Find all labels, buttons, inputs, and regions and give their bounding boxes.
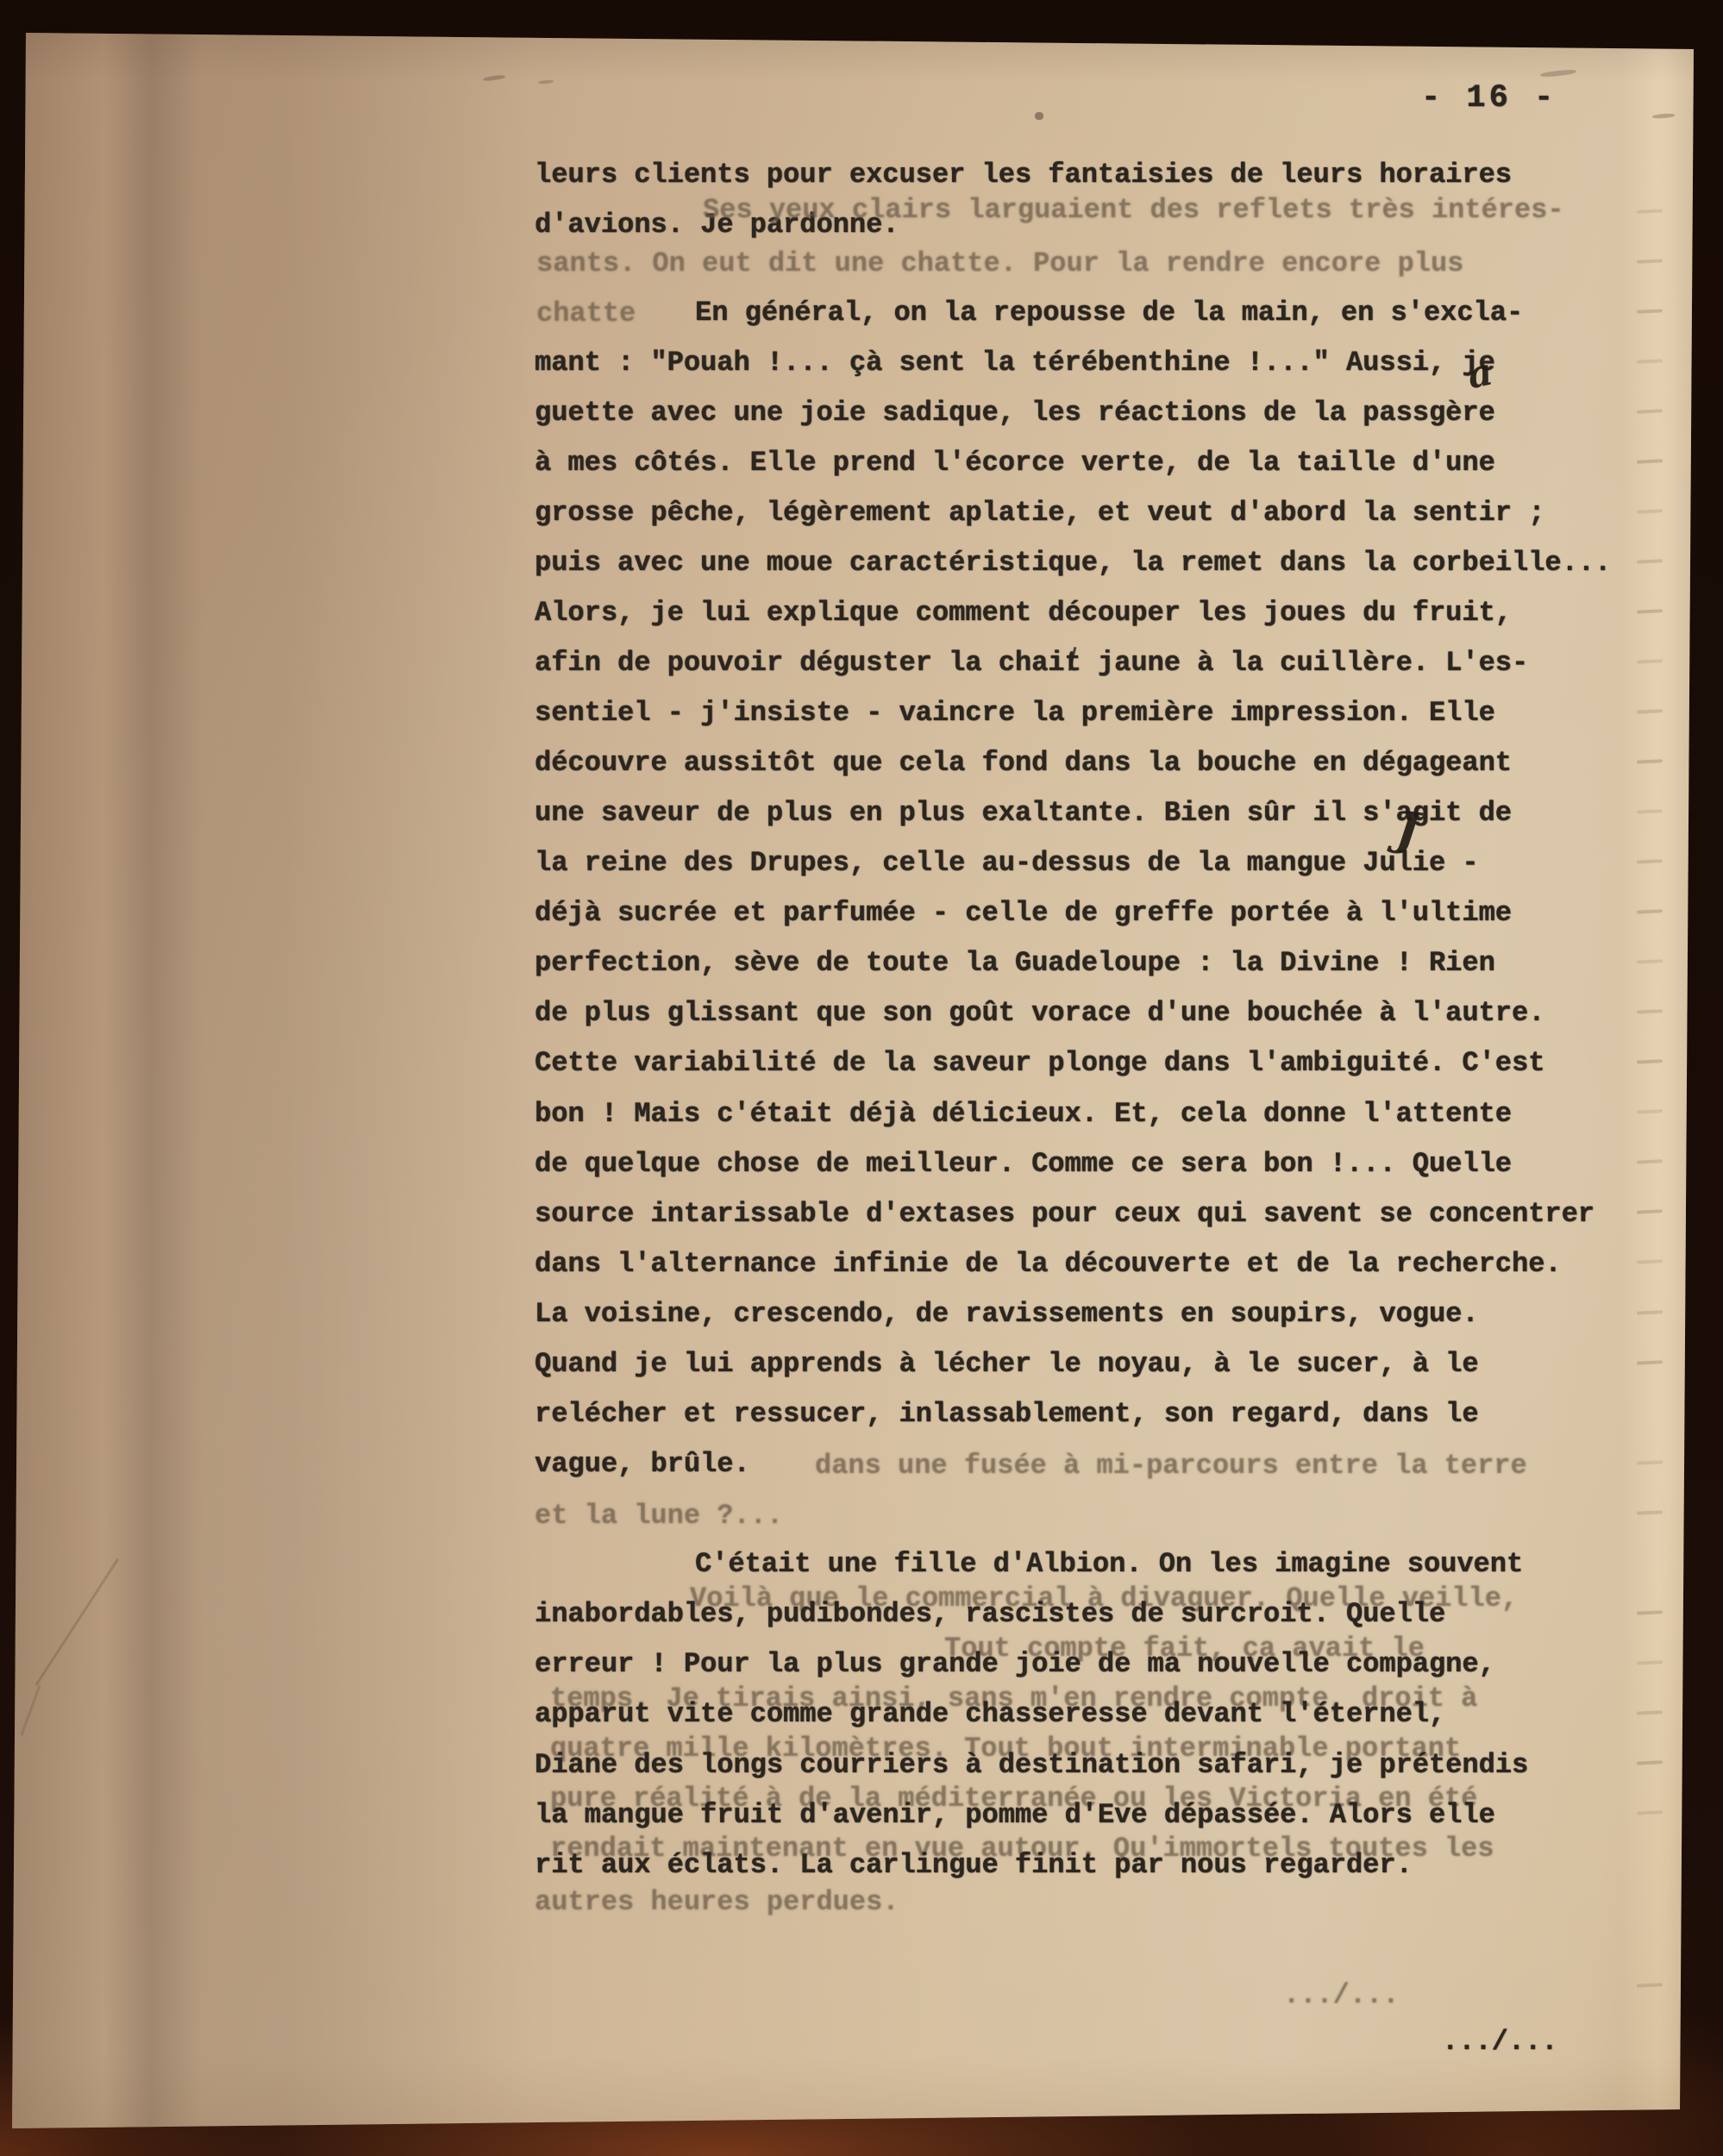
typed-line: guette avec une joie sadique, les réacti… [535, 399, 1495, 427]
text-layer: - 16 -leurs clients pour excuser les fan… [0, 0, 1723, 2156]
typed-line: de plus glissant que son goût vorace d'u… [535, 1000, 1544, 1027]
typed-line: rit aux éclats. La carlingue finit par n… [535, 1852, 1413, 1879]
ghost-line: sants. On eut dit une chatte. Pour la re… [536, 250, 1463, 278]
typed-line: Cette variabilité de la saveur plonge da… [535, 1050, 1544, 1077]
ghost-line: .../... [1283, 1982, 1399, 2009]
typed-line: sentiel - j'insiste - vaincre la premièr… [535, 699, 1495, 727]
typed-line: C'était une fille d'Albion. On les imagi… [695, 1551, 1523, 1578]
ghost-line: autres heures perdues. [535, 1889, 899, 1916]
typed-line: la reine des Drupes, celle au-dessus de … [535, 849, 1479, 877]
typed-line: vague, brûle. [535, 1451, 750, 1478]
typed-line: Quand je lui apprends à lécher le noyau,… [535, 1351, 1479, 1378]
typed-line: découvre aussitôt que cela fond dans la … [535, 749, 1512, 777]
page-number: - 16 - [1421, 83, 1557, 115]
typed-line: mant : "Pouah !... çà sent la térébenthi… [535, 349, 1495, 377]
typed-line: de quelque chose de meilleur. Comme ce s… [535, 1150, 1512, 1178]
ghost-line: chatte [536, 300, 636, 328]
typed-line: afin de pouvoir déguster la chait jaune … [535, 649, 1528, 677]
typed-line: perfection, sève de toute la Guadeloupe … [535, 950, 1495, 977]
ghost-line: Ses yeux clairs larguaient des reflets t… [703, 197, 1564, 224]
typed-line: .../... [1442, 2028, 1557, 2056]
typed-line: déjà sucrée et parfumée - celle de greff… [535, 899, 1512, 927]
typed-line: grosse pêche, légèrement aplatie, et veu… [535, 499, 1544, 527]
typed-line: dans l'alternance infinie de la découver… [535, 1250, 1562, 1278]
typed-line: erreur ! Pour la plus grande joie de ma … [535, 1651, 1495, 1678]
ghost-line: et la lune ?... [535, 1502, 783, 1530]
typed-line: inabordables, pudibondes, rascistes de s… [535, 1601, 1445, 1628]
ghost-line: dans une fusée à mi-parcours entre la te… [815, 1452, 1527, 1480]
typed-line: puis avec une moue caractéristique, la r… [535, 549, 1611, 577]
typed-line: Alors, je lui explique comment découper … [535, 599, 1512, 627]
typed-line: une saveur de plus en plus exaltante. Bi… [535, 799, 1512, 827]
ink-smudge [1035, 112, 1043, 120]
typed-line: relécher et ressucer, inlassablement, so… [535, 1401, 1479, 1428]
typed-line: Diane des longs courriers à destination … [535, 1752, 1528, 1779]
typed-line: bon ! Mais c'était déjà délicieux. Et, c… [535, 1100, 1512, 1128]
typed-line: apparut vite comme grande chasseresse de… [535, 1701, 1445, 1728]
typed-line: la mangue fruit d'avenir, pomme d'Eve dé… [535, 1802, 1495, 1829]
typed-line: source intarissable d'extases pour ceux … [535, 1200, 1595, 1228]
typed-line: leurs clients pour excuser les fantaisie… [535, 161, 1512, 189]
typed-line: En général, on la repousse de la main, e… [695, 299, 1523, 327]
typed-line: La voisine, crescendo, de ravissements e… [535, 1300, 1479, 1328]
document-page: - 16 -leurs clients pour excuser les fan… [0, 0, 1723, 2156]
typed-line: à mes côtés. Elle prend l'écorce verte, … [535, 449, 1495, 477]
